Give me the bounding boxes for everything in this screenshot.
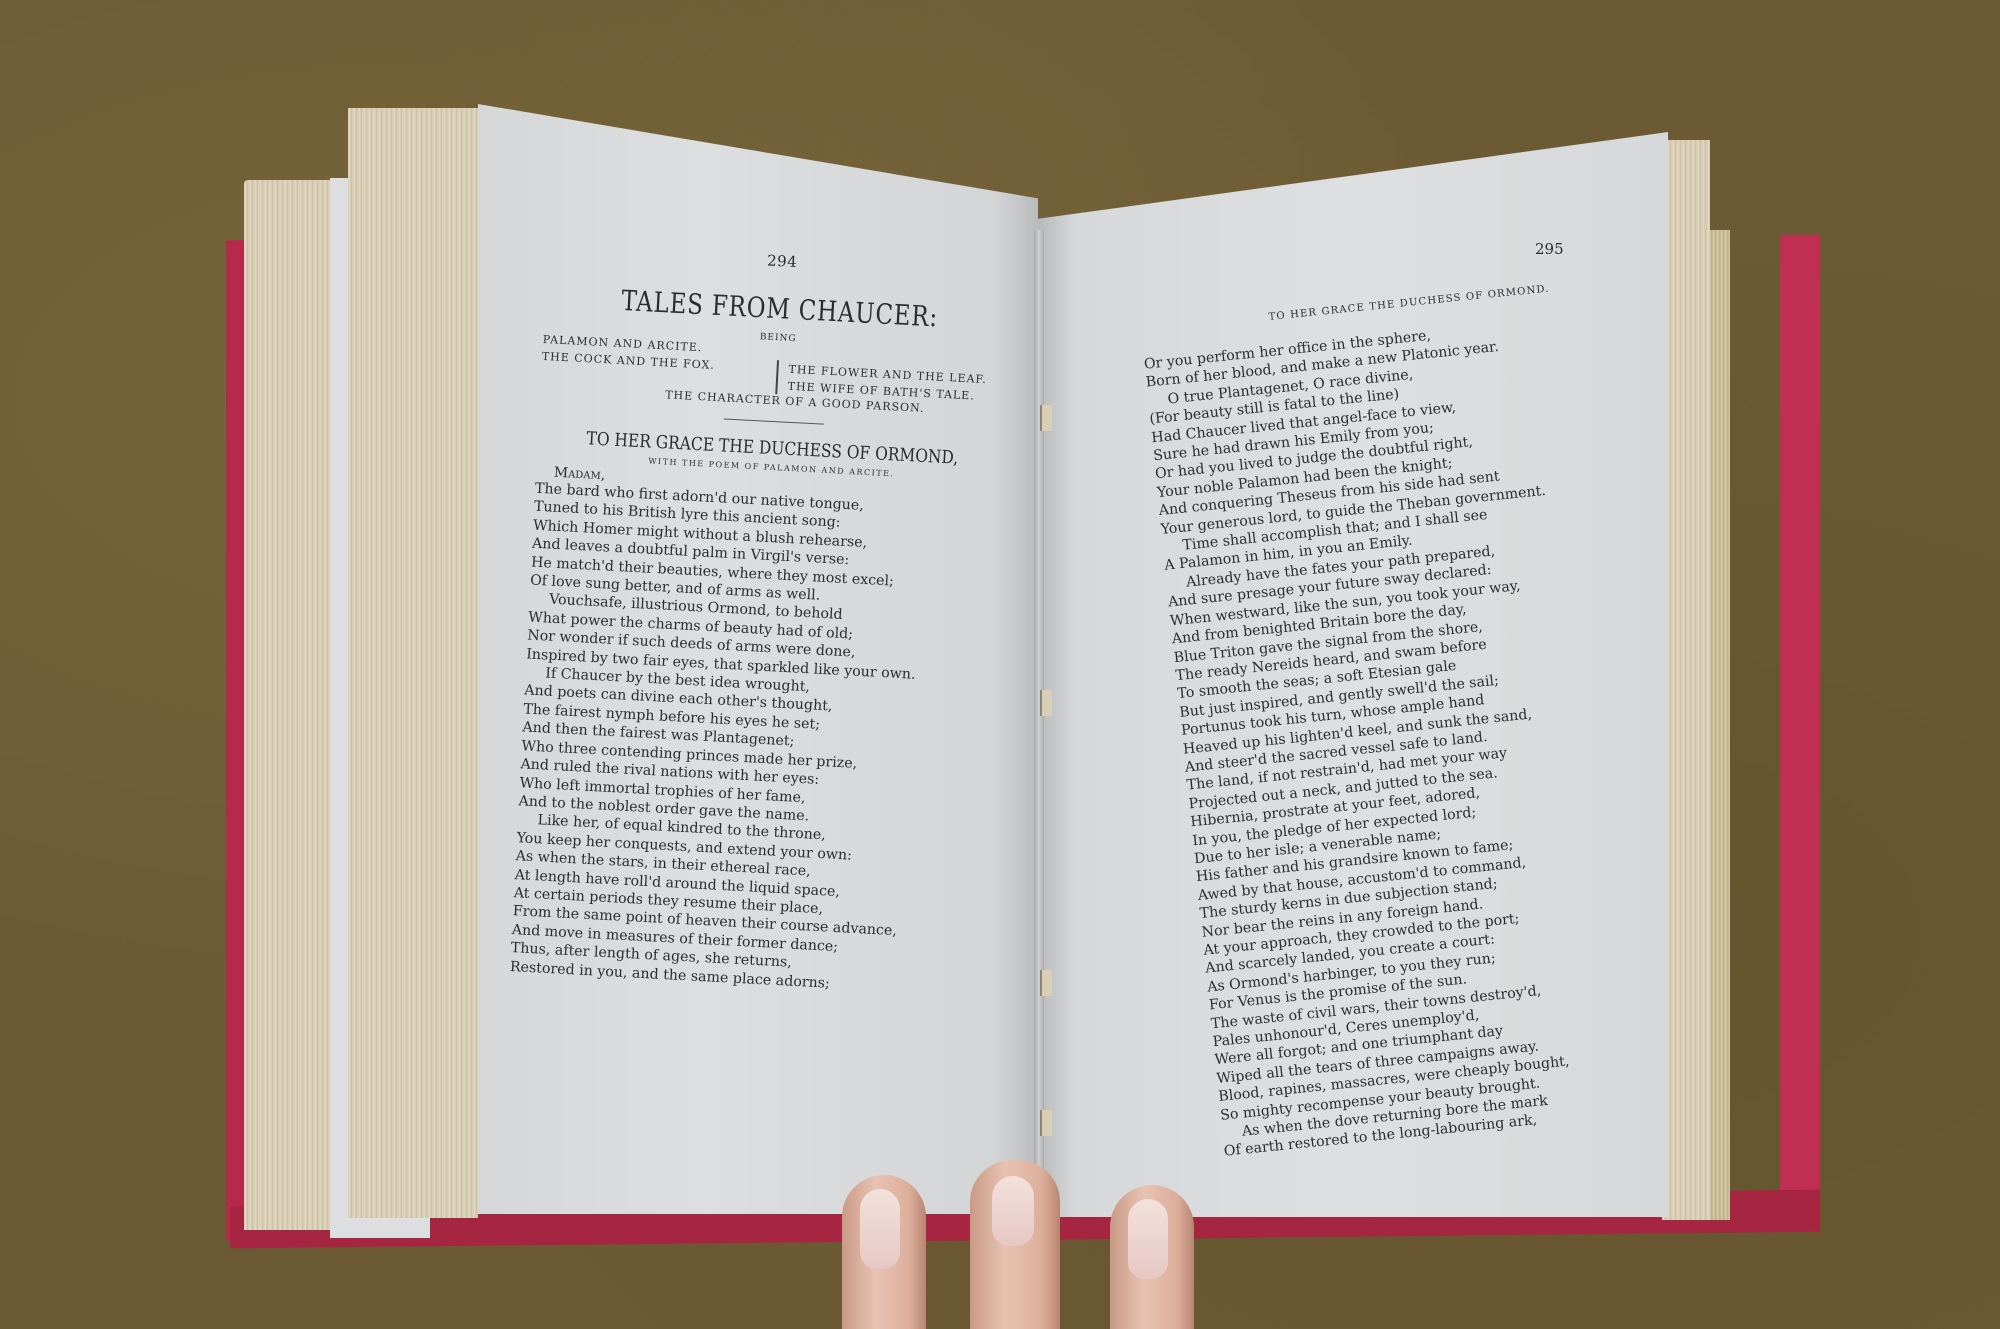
verse-block-left: The bard who first adorn'd our native to… (509, 480, 1004, 1001)
tales-left-column: PALAMON AND ARCITE. THE COCK AND THE FOX… (541, 331, 778, 394)
fingernail (1128, 1199, 1168, 1279)
verse-block-right: Or you perform her office in the sphere,… (1143, 307, 1702, 1161)
binding-stitch (1040, 1110, 1052, 1136)
page-edges-left-outer (244, 180, 334, 1230)
binding-stitch (1040, 405, 1052, 431)
fingernail (860, 1189, 900, 1269)
page-number-right: 295 (1535, 240, 1564, 258)
binding-stitch (1040, 690, 1052, 716)
left-page-text: 294 TALES FROM CHAUCER: BEING PALAMON AN… (509, 240, 1017, 1001)
finger-left (842, 1175, 926, 1329)
page-edges-left (348, 108, 478, 1218)
binding-stitch (1040, 970, 1052, 996)
finger-middle (970, 1160, 1060, 1329)
ornamental-rule (724, 418, 824, 428)
fingernail (992, 1176, 1034, 1246)
right-page-text: TO HER GRACE THE DUCHESS OF ORMOND. Or y… (1140, 276, 1703, 1161)
book-cover-right (1780, 235, 1820, 1215)
finger-right (1110, 1185, 1194, 1329)
